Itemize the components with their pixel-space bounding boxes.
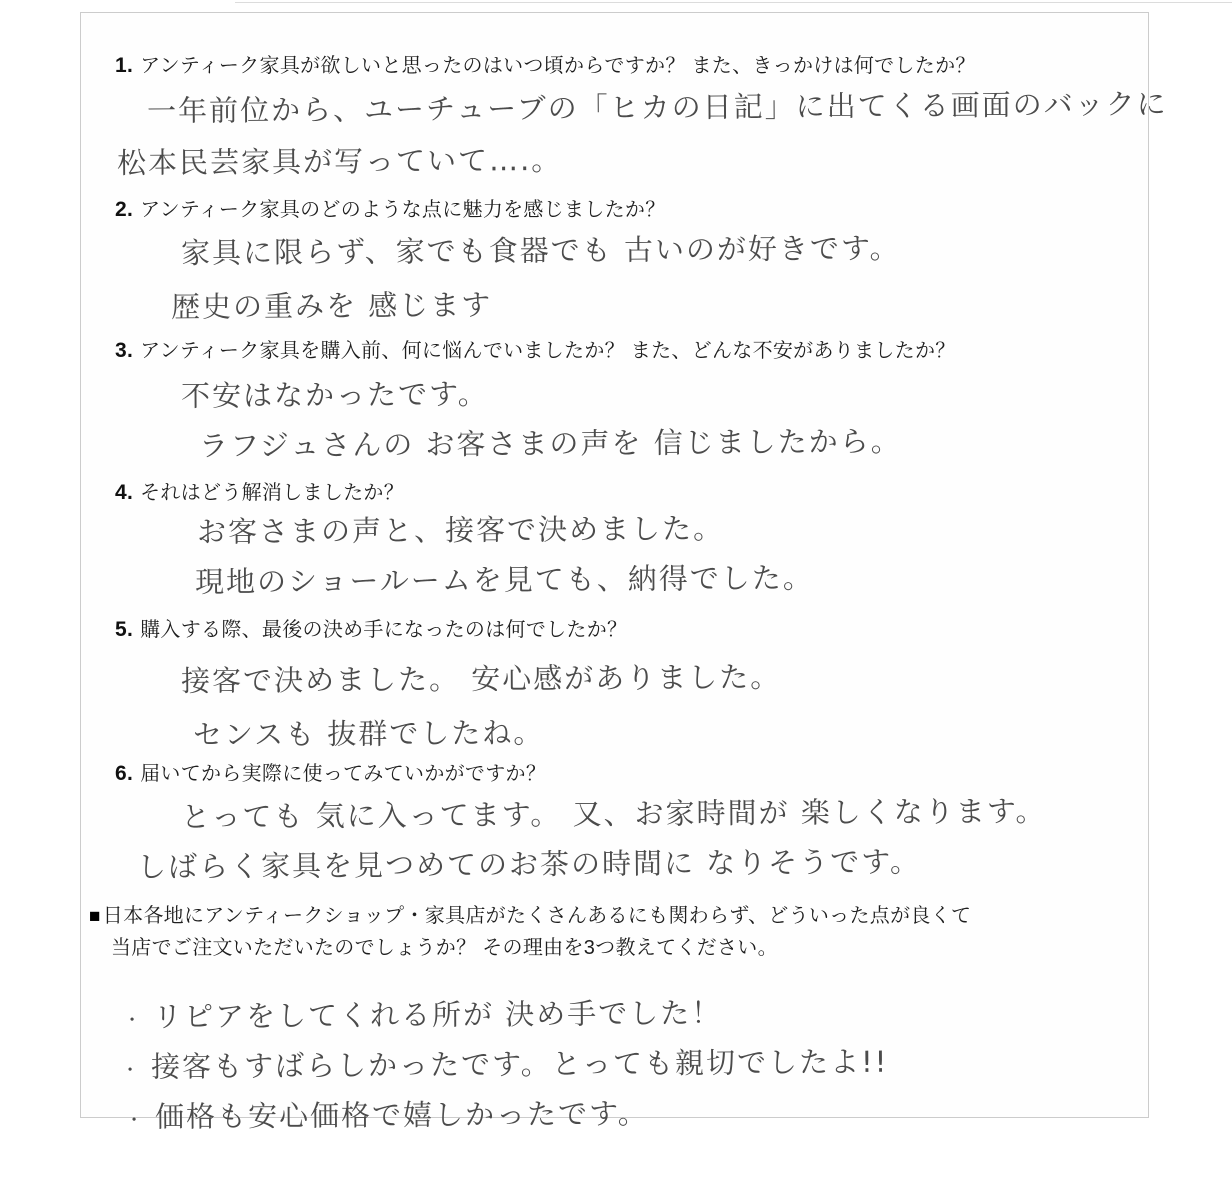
question-header: 3.アンティーク家具を購入前、何に悩んでいましたか？ また、どんな不安がありまし… bbox=[115, 334, 956, 363]
handwritten-reason-line: ・リピアをしてくれる所が 決め手でした！ bbox=[123, 991, 723, 1036]
bullet-dot: ・ bbox=[121, 1060, 141, 1081]
bullet-dot: ・ bbox=[123, 1010, 143, 1031]
question-text: 購入する際、最後の決め手になったのは何でしたか？ bbox=[140, 619, 627, 641]
question-number: 6. bbox=[115, 762, 133, 785]
question-header: 4.それはどう解消しましたか？ bbox=[115, 476, 404, 505]
question-text: それはどう解消しましたか？ bbox=[140, 482, 404, 504]
question-number: 3. bbox=[115, 339, 133, 362]
handwritten-answer-line: 家具に限らず、家でも食器でも 古いのが好きです。 bbox=[181, 226, 901, 272]
reason-text: 価格も安心価格で嬉しかったです。 bbox=[155, 1096, 649, 1133]
handwritten-answer-line: ラフジュさんの お客さまの声を 信じましたから。 bbox=[199, 419, 902, 465]
scanned-survey-page: 1.アンティーク家具が欲しいと思ったのはいつ頃からですか？ また、きっかけは何で… bbox=[0, 0, 1232, 1178]
question-number: 2. bbox=[115, 198, 133, 221]
black-square-marker: ■ bbox=[89, 906, 101, 927]
handwritten-answer-line: 歴史の重みを 感じます bbox=[171, 283, 492, 326]
handwritten-answer-line: 不安はなかったです。 bbox=[181, 372, 489, 415]
question-text: 届いてから実際に使ってみていかがですか？ bbox=[140, 763, 546, 785]
final-question-line: ■日本各地にアンティークショップ・家具店がたくさんあるにも関わらず、どういった点… bbox=[89, 899, 971, 928]
question-text: アンティーク家具を購入前、何に悩んでいましたか？ また、どんな不安がありましたか… bbox=[140, 340, 955, 362]
question-text: アンティーク家具が欲しいと思ったのはいつ頃からですか？ また、きっかけは何でした… bbox=[140, 55, 976, 77]
question-header: 6.届いてから実際に使ってみていかがですか？ bbox=[115, 757, 546, 786]
question-header: 5.購入する際、最後の決め手になったのは何でしたか？ bbox=[115, 613, 627, 642]
reason-text: 接客もすばらしかったです。とっても親切でしたよ!! bbox=[151, 1045, 889, 1084]
survey-sheet: 1.アンティーク家具が欲しいと思ったのはいつ頃からですか？ また、きっかけは何で… bbox=[80, 12, 1149, 1118]
handwritten-answer-line: しばらく家具を見つめてのお茶の時間に なりそうです。 bbox=[137, 840, 921, 886]
question-number: 4. bbox=[115, 481, 133, 504]
question-header: 1.アンティーク家具が欲しいと思ったのはいつ頃からですか？ また、きっかけは何で… bbox=[115, 49, 976, 78]
handwritten-answer-line: 現地のショールームを見ても、納得でした。 bbox=[195, 556, 814, 601]
handwritten-answer-line: 松本民芸家具が写っていて….。 bbox=[117, 138, 563, 182]
question-header: 2.アンティーク家具のどのような点に魅力を感じましたか？ bbox=[115, 193, 666, 222]
handwritten-answer-line: センスも 抜群でしたね。 bbox=[193, 711, 545, 754]
handwritten-answer-line: 接客で決めました。 安心感がありました。 bbox=[181, 655, 782, 700]
question-number: 5. bbox=[115, 618, 133, 641]
question-text: アンティーク家具のどのような点に魅力を感じましたか？ bbox=[140, 199, 665, 221]
reason-text: リピアをしてくれる所が 決め手でした！ bbox=[153, 996, 722, 1034]
handwritten-reason-line: ・価格も安心価格で嬉しかったです。 bbox=[125, 1091, 649, 1136]
handwritten-answer-line: お客さまの声と、接客で決めました。 bbox=[197, 506, 724, 551]
handwritten-reason-line: ・接客もすばらしかったです。とっても親切でしたよ!! bbox=[121, 1040, 889, 1086]
handwritten-answer-line: 一年前位から、ユーチューブの「ヒカの日記」に出てくる画面のバックに bbox=[147, 82, 1168, 130]
handwritten-answer-line: とっても 気に入ってます。 又、お家時間が 楽しくなります。 bbox=[181, 789, 1047, 836]
question-number: 1. bbox=[115, 54, 133, 77]
bullet-dot: ・ bbox=[125, 1110, 145, 1131]
final-question-line: 当店でご注文いただいたのでしょうか？ その理由を3つ教えてください。 bbox=[111, 931, 778, 960]
scan-edge-line bbox=[235, 2, 1232, 3]
final-question-text: 日本各地にアンティークショップ・家具店がたくさんあるにも関わらず、どういった点が… bbox=[103, 905, 972, 927]
